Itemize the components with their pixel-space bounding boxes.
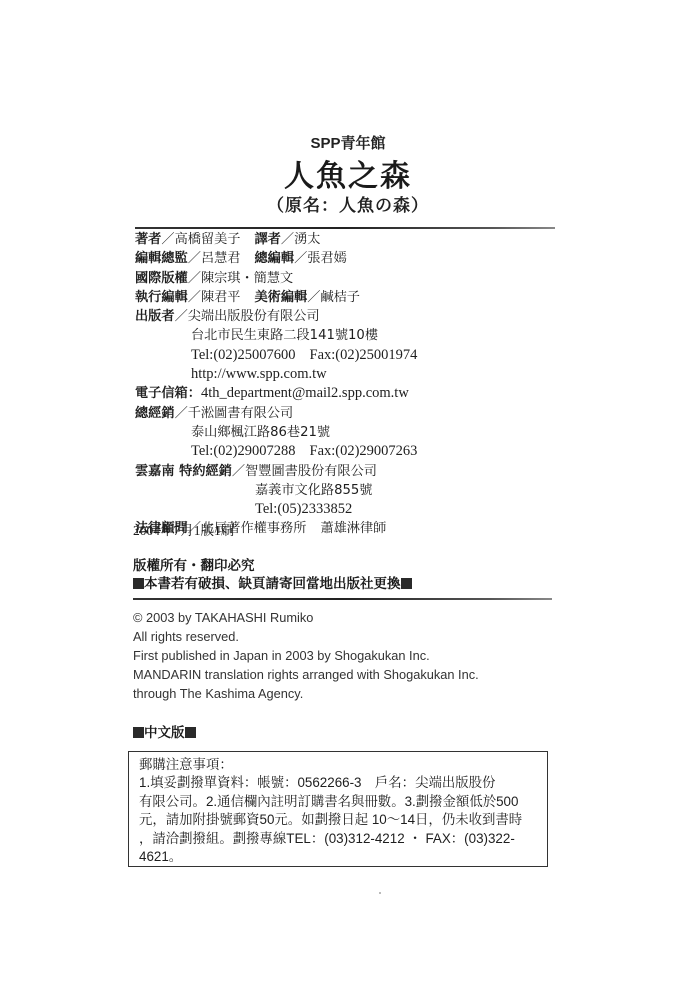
edition-label-text: 中文版 xyxy=(144,725,185,741)
separator: ／ xyxy=(307,290,320,305)
author-name: 高橋留美子 xyxy=(175,232,241,247)
publisher-phone-fax: Tel:(02)25007600Fax:(02)25001974 xyxy=(135,346,417,365)
copyright-line: All rights reserved. xyxy=(133,627,479,646)
separator: ／ xyxy=(161,232,174,247)
mail-order-line: ，請洽劃撥組。劃撥專線TEL：(03)312-4212 ・ FAX：(03)32… xyxy=(139,830,547,848)
publisher-tel: Tel:(02)25007600 xyxy=(191,347,296,363)
copyright-block: © 2003 by TAKAHASHI Rumiko All rights re… xyxy=(133,608,479,703)
distributor-address: 泰山鄉楓江路86巷21號 xyxy=(135,423,417,442)
distributor-fax: Fax:(02)29007263 xyxy=(310,443,418,459)
art-editor-name: 鹹桔子 xyxy=(320,290,360,305)
regional-distributor-address: 嘉義市文化路855號 xyxy=(135,481,417,500)
mail-order-notice-box: 郵購注意事項： 1.填妥劃撥單資料：帳號：0562266-3 戶名：尖端出版股份… xyxy=(128,751,548,867)
translator-label: 譯者 xyxy=(255,232,281,247)
separator: ／ xyxy=(232,464,245,479)
mail-order-line: 元，請加附掛號郵資50元。如劃撥日起 10～14日，仍未收到書時 xyxy=(139,811,547,829)
replacement-notice: 本書若有破損、缺頁請寄回當地出版社更換 xyxy=(133,572,412,592)
book-title: 人魚之森 xyxy=(0,151,696,195)
separator: ／ xyxy=(188,271,201,286)
copyright-line: through The Kashima Agency. xyxy=(133,684,479,703)
publisher-url[interactable]: http://www.spp.com.tw xyxy=(135,365,417,384)
separator: ／ xyxy=(281,232,294,247)
separator: ／ xyxy=(175,309,188,324)
chief-editor-name: 張君嫣 xyxy=(307,251,347,266)
chief-editor-label: 總編輯 xyxy=(255,251,295,266)
credit-row-author: 著者／高橋留美子譯者／湧太 xyxy=(135,230,417,249)
regional-distributor-row: 雲嘉南 特約經銷／智豐圖書股份有限公司 xyxy=(135,462,417,481)
divider-middle xyxy=(133,598,552,600)
edition-label: 中文版 xyxy=(133,721,196,741)
credits-block: 著者／高橋留美子譯者／湧太 編輯總監／呂慧君總編輯／張君嫣 國際版權／陳宗琪・簡… xyxy=(135,230,417,539)
distributor-phone-fax: Tel:(02)29007288Fax:(02)29007263 xyxy=(135,442,417,461)
executive-editor-name: 陳君平 xyxy=(201,290,241,305)
email-row: 電子信箱：4th_department@mail2.spp.com.tw xyxy=(135,384,417,403)
art-editor-label: 美術編輯 xyxy=(255,290,308,305)
credit-row-editors: 編輯總監／呂慧君總編輯／張君嫣 xyxy=(135,249,417,268)
square-bullet-icon xyxy=(133,727,144,738)
credit-row-exec: 執行編輯／陳君平美術編輯／鹹桔子 xyxy=(135,288,417,307)
lawyer-name: 蕭雄淋律師 xyxy=(320,521,386,536)
credit-row-rights: 國際版權／陳宗琪・簡慧文 xyxy=(135,269,417,288)
editorial-director-label: 編輯總監 xyxy=(135,251,188,266)
separator: ／ xyxy=(188,290,201,305)
credit-row-publisher: 出版者／尖端出版股份有限公司 xyxy=(135,307,417,326)
square-bullet-icon xyxy=(401,578,412,589)
distributor-row: 總經銷／千淞圖書有限公司 xyxy=(135,404,417,423)
translator-name: 湧太 xyxy=(294,232,320,247)
original-title: （原名：人魚の森） xyxy=(0,191,696,216)
regional-distributor-label: 雲嘉南 特約經銷 xyxy=(135,464,232,479)
publisher-name: 尖端出版股份有限公司 xyxy=(188,309,320,324)
rights-reserved: 版權所有・翻印必究 xyxy=(133,554,255,574)
distributor-name: 千淞圖書有限公司 xyxy=(188,406,294,421)
printing-info: 2004年7月1版1刷 xyxy=(133,519,234,539)
distributor-label: 總經銷 xyxy=(135,406,175,421)
intl-rights-label: 國際版權 xyxy=(135,271,188,286)
publisher-fax: Fax:(02)25001974 xyxy=(310,347,418,363)
mail-order-line: 有限公司。2.通信欄內註明訂購書名與冊數。3.劃撥金額低於500 xyxy=(139,793,547,811)
executive-editor-label: 執行編輯 xyxy=(135,290,188,305)
mail-order-line: 1.填妥劃撥單資料：帳號：0562266-3 戶名：尖端出版股份 xyxy=(139,774,547,792)
separator: ／ xyxy=(175,406,188,421)
mail-order-heading: 郵購注意事項： xyxy=(139,756,547,774)
divider-top xyxy=(135,227,555,229)
series-label: SPP青年館 xyxy=(0,132,696,153)
copyright-line: © 2003 by TAKAHASHI Rumiko xyxy=(133,608,479,627)
scan-speck xyxy=(379,892,381,894)
separator: ／ xyxy=(188,251,201,266)
replacement-notice-text: 本書若有破損、缺頁請寄回當地出版社更換 xyxy=(144,576,401,592)
regional-distributor-name: 智豐圖書股份有限公司 xyxy=(245,464,377,479)
intl-rights-names: 陳宗琪・簡慧文 xyxy=(201,271,293,286)
distributor-tel: Tel:(02)29007288 xyxy=(191,443,296,459)
author-label: 著者 xyxy=(135,232,161,247)
separator: ／ xyxy=(294,251,307,266)
square-bullet-icon xyxy=(185,727,196,738)
publisher-label: 出版者 xyxy=(135,309,175,324)
email-address[interactable]: 4th_department@mail2.spp.com.tw xyxy=(201,385,409,401)
copyright-line: MANDARIN translation rights arranged wit… xyxy=(133,665,479,684)
square-bullet-icon xyxy=(133,578,144,589)
email-label: 電子信箱： xyxy=(135,386,201,401)
mail-order-line: 4621。 xyxy=(139,848,547,866)
regional-distributor-tel: Tel:(05)2333852 xyxy=(135,500,417,519)
publisher-address: 台北市民生東路二段141號10樓 xyxy=(135,326,417,345)
copyright-line: First published in Japan in 2003 by Shog… xyxy=(133,646,479,665)
editorial-director-name: 呂慧君 xyxy=(201,251,241,266)
